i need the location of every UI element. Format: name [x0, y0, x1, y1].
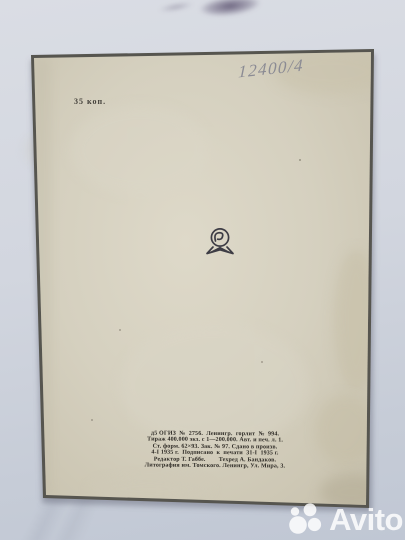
avito-dots-icon — [288, 503, 324, 535]
avito-watermark: Avito — [288, 503, 403, 535]
imprint-block: д5 ОГИЗ № 2756. Ленингр. горлит № 994. Т… — [113, 430, 317, 470]
price-label: 35 коп. — [74, 97, 106, 106]
publisher-logo-icon — [203, 224, 237, 260]
avito-wordmark: Avito — [329, 504, 403, 535]
photo-backdrop: 35 коп. 12400/4 д5 ОГИЗ № 2756. Ленингр.… — [0, 0, 405, 540]
